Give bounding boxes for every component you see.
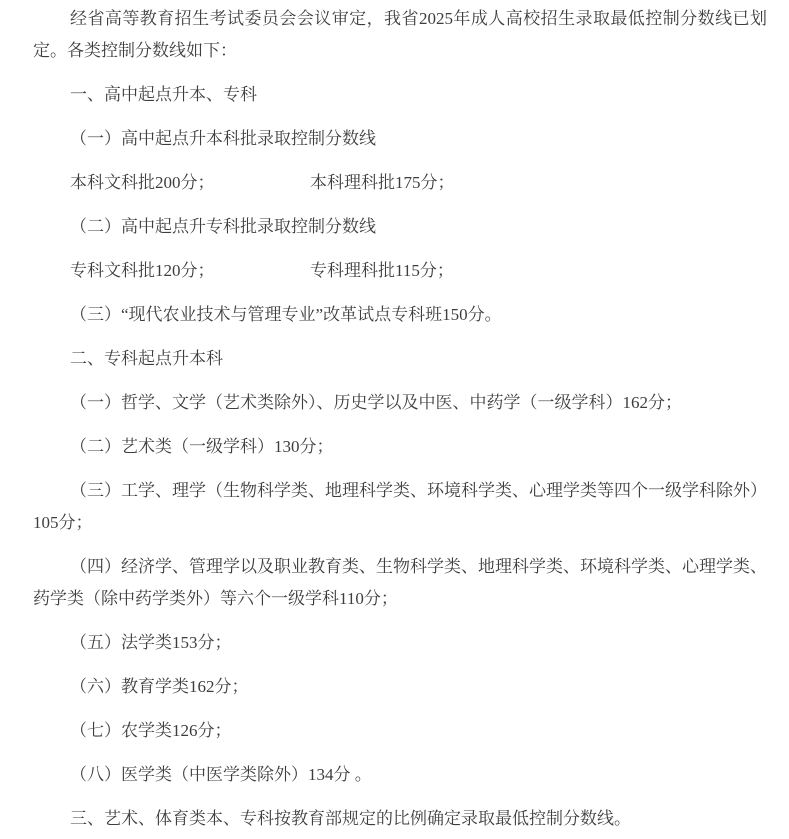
section1-item2-heading: （二）高中起点升专科批录取控制分数线 (33, 211, 767, 243)
bachelor-arts-score: 本科文科批200分； (70, 167, 310, 199)
section2-item6: （六）教育学类162分； (33, 671, 767, 703)
section1-item1-heading: （一）高中起点升本科批录取控制分数线 (33, 123, 767, 155)
section1-heading: 一、高中起点升本、专科 (33, 79, 767, 111)
junior-science-score: 专科理科批115分； (310, 261, 454, 280)
section1-item3: （三）“现代农业技术与管理专业”改革试点专科班150分。 (33, 299, 767, 331)
section2-item7: （七）农学类126分； (33, 715, 767, 747)
section3-heading: 三、艺术、体育类本、专科按教育部规定的比例确定录取最低控制分数线。 (33, 803, 767, 835)
bachelor-science-score: 本科理科批175分； (310, 173, 455, 192)
section2-item3: （三）工学、理学（生物科学类、地理科学类、环境科学类、心理学类等四个一级学科除外… (33, 475, 767, 539)
section2-item4: （四）经济学、管理学以及职业教育类、生物科学类、地理科学类、环境科学类、心理学类… (33, 551, 767, 615)
section2-item2: （二）艺术类（一级学科）130分； (33, 431, 767, 463)
junior-arts-score: 专科文科批120分； (70, 255, 310, 287)
section2-item5: （五）法学类153分； (33, 627, 767, 659)
bachelor-score-line: 本科文科批200分；本科理科批175分； (33, 167, 767, 199)
junior-score-line: 专科文科批120分；专科理科批115分； (33, 255, 767, 287)
section2-item8: （八）医学类（中医学类除外）134分 。 (33, 759, 767, 791)
section2-item1: （一）哲学、文学（艺术类除外）、历史学以及中医、中药学（一级学科）162分； (33, 387, 767, 419)
notice-document: 经省高等教育招生考试委员会会议审定，我省2025年成人高校招生录取最低控制分数线… (0, 0, 789, 839)
section2-heading: 二、专科起点升本科 (33, 343, 767, 375)
intro-paragraph: 经省高等教育招生考试委员会会议审定，我省2025年成人高校招生录取最低控制分数线… (33, 3, 767, 67)
